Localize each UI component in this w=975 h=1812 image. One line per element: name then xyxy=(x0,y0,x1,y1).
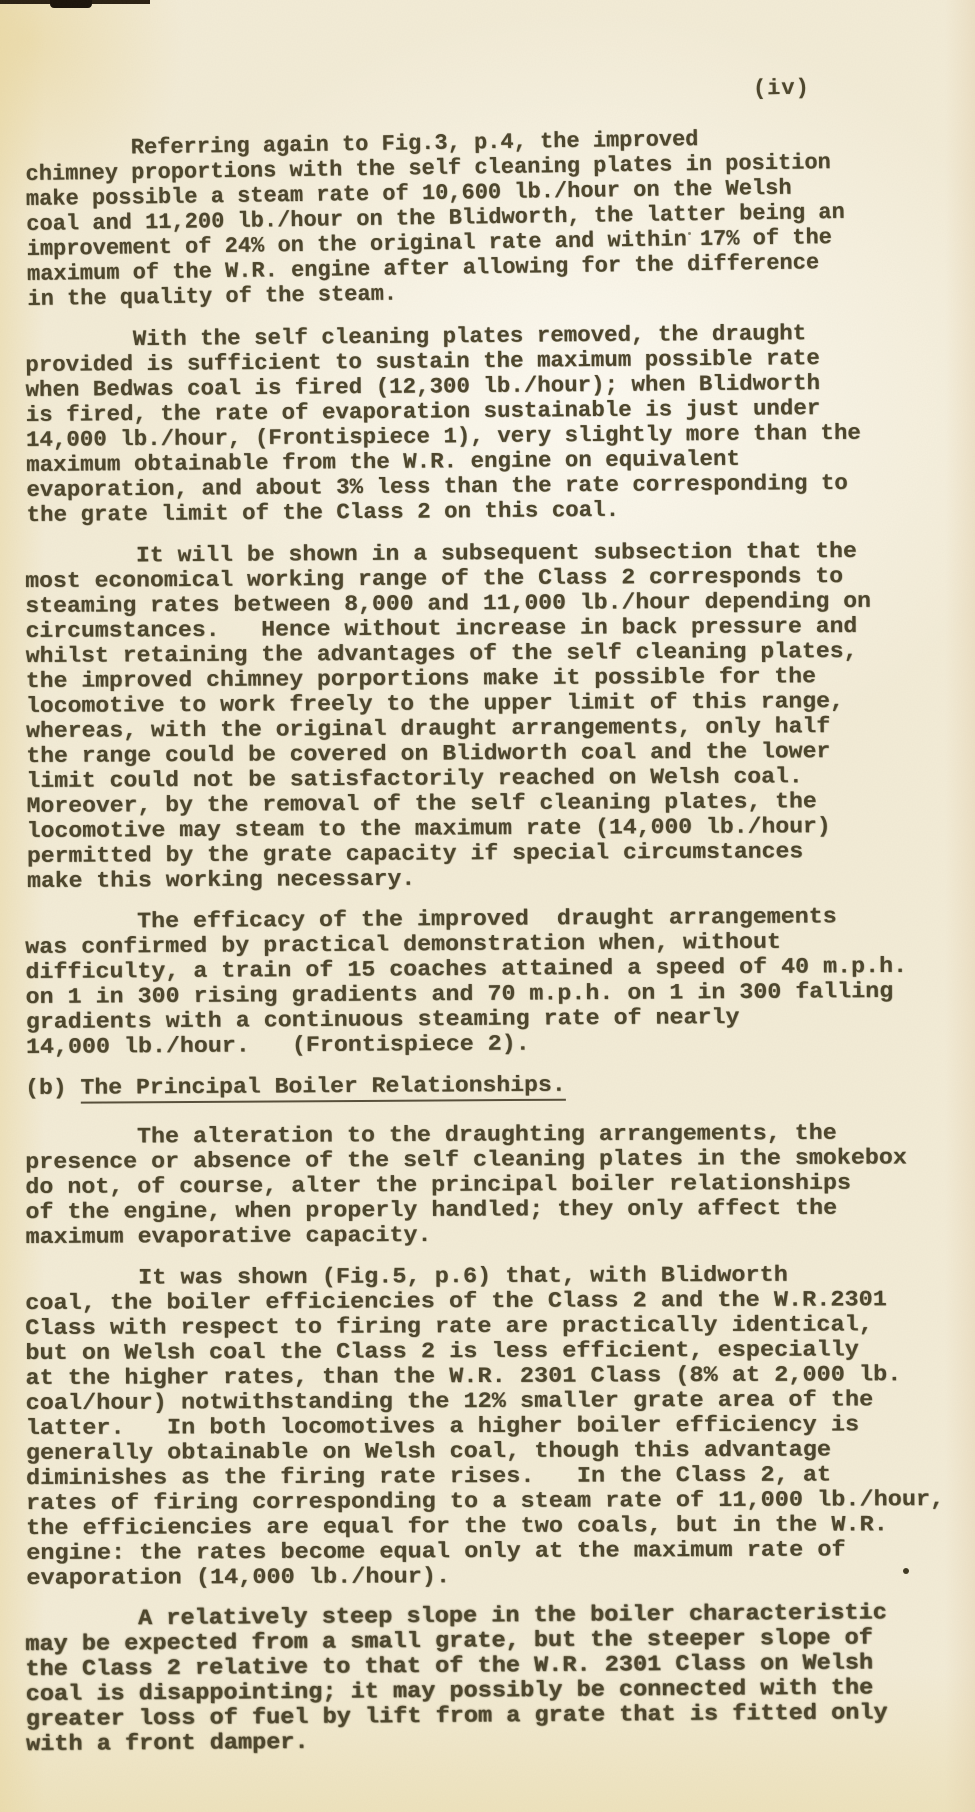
text-line: latter. In both locomotives a higher boi… xyxy=(26,1412,975,1441)
ink-speck xyxy=(903,1568,909,1574)
paragraph: It will be shown in a subsequent subsect… xyxy=(25,538,975,894)
paragraph: The alteration to the draughting arrange… xyxy=(25,1120,975,1250)
section-title: The Principal Boiler Relationships. xyxy=(80,1073,565,1104)
section-label: (b) xyxy=(25,1076,81,1101)
text-line: engine: the rates become equal only at t… xyxy=(26,1537,975,1566)
text-line: make this working necessary. xyxy=(27,863,975,894)
text-line: of the engine, when properly handled; th… xyxy=(25,1195,975,1225)
ink-speck xyxy=(688,232,691,235)
typewritten-text-body: Referring again to Fig.3, p.4, the impro… xyxy=(25,137,965,1773)
paragraph: The efficacy of the improved draught arr… xyxy=(25,903,975,1060)
paragraph: A relatively steep slope in the boiler c… xyxy=(25,1599,975,1757)
text-line: maximum evaporative capacity. xyxy=(26,1220,975,1250)
scanner-edge-artifact xyxy=(50,0,92,8)
page-number: (iv) xyxy=(753,76,810,102)
paragraph: It was shown (Fig.5, p.6) that, with Bli… xyxy=(25,1262,975,1591)
paragraph: With the self cleaning plates removed, t… xyxy=(25,320,975,528)
paragraph: Referring again to Fig.3, p.4, the impro… xyxy=(25,123,967,312)
section-heading: (b) The Principal Boiler Relationships. xyxy=(25,1070,975,1101)
scanned-page: (iv) Referring again to Fig.3, p.4, the … xyxy=(0,0,975,1812)
text-line: evaporation (14,000 lb./hour). xyxy=(26,1562,975,1591)
